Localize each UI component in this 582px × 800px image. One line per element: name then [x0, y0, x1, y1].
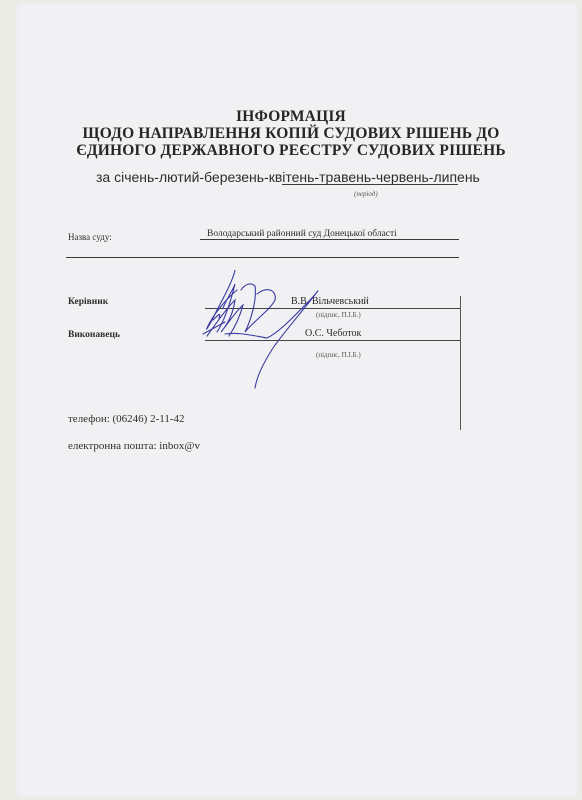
phone-text: телефон: (06246) 2-11-42	[68, 413, 185, 425]
court-name: Володарський районний суд Донецької обла…	[207, 229, 397, 239]
signature-icon	[195, 270, 340, 390]
title-line-3: ЄДИНОГО ДЕРЖАВНОГО РЕЄСТРУ СУДОВИХ РІШЕН…	[0, 142, 582, 160]
title-line-2: ЩОДО НАПРАВЛЕННЯ КОПІЙ СУДОВИХ РІШЕНЬ ДО	[0, 125, 582, 143]
executor-role-label: Виконавець	[68, 330, 120, 340]
period-caption: (період)	[354, 190, 378, 198]
head-role-label: Керівник	[68, 297, 108, 307]
period-underline	[282, 184, 458, 185]
title-line-1: ІНФОРМАЦІЯ	[0, 108, 582, 126]
right-border-line	[460, 296, 461, 430]
court-underline-2	[66, 257, 459, 258]
email-text: електронна пошта: inbox@v	[68, 440, 200, 452]
court-underline	[200, 239, 459, 240]
court-label: Назва суду:	[68, 232, 112, 242]
period-text: за січень-лютий-березень-квітень-травень…	[96, 169, 480, 185]
